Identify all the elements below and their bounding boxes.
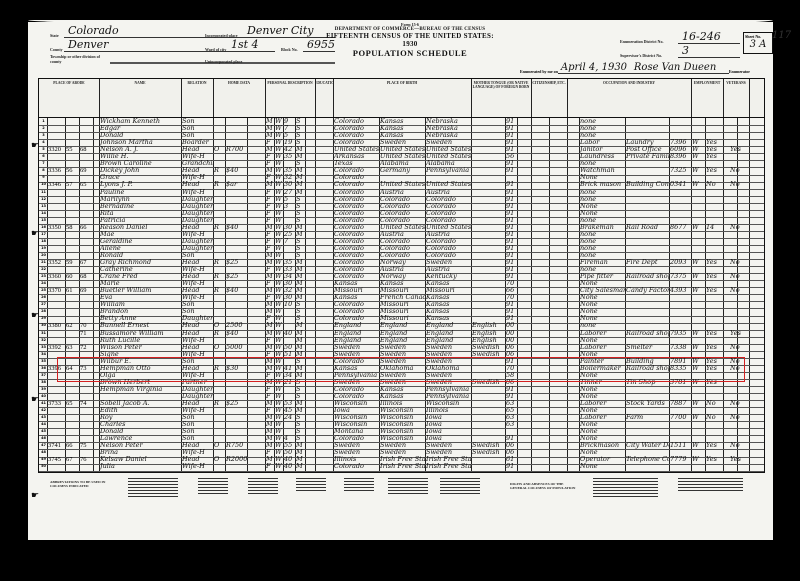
cell-birth: Colorado	[334, 224, 379, 231]
schedule-title: POPULATION SCHEDULE	[320, 48, 500, 58]
footer-block	[248, 478, 278, 496]
cell-birth: Colorado	[334, 189, 379, 196]
cell-industry: Smelter	[626, 344, 669, 351]
cell-work: Yes	[706, 379, 723, 386]
cell-family: 75	[80, 442, 93, 449]
cell-father-birth: Colorado	[380, 238, 425, 245]
cell-marital: M	[296, 231, 305, 238]
cell-line: 42	[40, 407, 47, 414]
cell-worker: W	[692, 259, 705, 266]
cell-name: Grace	[100, 174, 181, 181]
cell-father-birth: England	[380, 330, 425, 337]
cell-age: 45	[284, 407, 295, 414]
cell-name: Marie	[100, 280, 181, 287]
cell-name: Willie H.	[100, 153, 181, 160]
cell-tongue: English	[472, 330, 505, 337]
cell-marital: M	[296, 400, 305, 407]
cell-marital: M	[296, 372, 305, 379]
cell-race: W	[275, 372, 283, 379]
cell-mother-birth: Colorado	[426, 210, 471, 217]
cell-line: 27	[40, 301, 47, 308]
cell-name: Donald	[100, 132, 181, 139]
cell-code: 91	[506, 167, 517, 174]
cell-vet: No	[730, 414, 745, 421]
cell-occupation: None	[580, 407, 625, 414]
cell-family: 76	[80, 456, 93, 463]
cell-line: 22	[40, 266, 47, 273]
cell-work: Yes	[706, 344, 723, 351]
cell-tongue: Swedish	[472, 344, 505, 351]
cell-birth: Colorado	[334, 174, 379, 181]
cell-marital: M	[296, 463, 305, 470]
cell-line: 7	[40, 160, 47, 167]
cell-mother-birth: Irish Free State	[426, 456, 471, 463]
cell-marital: M	[296, 167, 305, 174]
cell-sex: M	[266, 181, 274, 188]
cell-age: 34	[284, 273, 295, 280]
footer-block	[440, 478, 480, 494]
cell-work: Yes	[706, 442, 723, 449]
cell-marital: S	[296, 196, 305, 203]
cell-street: 3336	[48, 167, 65, 174]
cell-birth: Sweden	[334, 344, 379, 351]
cell-marital: M	[296, 322, 305, 329]
cell-mother-birth: Kansas	[426, 301, 471, 308]
cell-value: $40	[226, 167, 247, 174]
cell-mother-birth: Nebraska	[426, 132, 471, 139]
cell-home: R	[214, 287, 225, 294]
cell-occupation: Laborer	[580, 344, 625, 351]
cell-street: 3360	[48, 273, 65, 280]
cell-industry: Candy Factory	[626, 287, 669, 294]
cell-father-birth: Wisconsin	[380, 414, 425, 421]
cell-name: Nelson A. J.	[100, 146, 181, 153]
cell-sex: F	[266, 372, 274, 379]
supervisor-district-label: Supervisor's District No.	[620, 53, 678, 58]
cell-line: 29	[40, 315, 47, 322]
cell-occupation: none	[580, 231, 625, 238]
cell-relation: Daughter	[182, 203, 213, 210]
cell-work: No	[706, 400, 723, 407]
cell-relation: Son	[182, 132, 213, 139]
cell-dwelling: 57	[66, 181, 79, 188]
cell-father-birth: Kansas	[380, 386, 425, 393]
cell-occupation: None	[580, 210, 625, 217]
cell-relation: Wife-H	[182, 280, 213, 287]
cell-occupation: None	[580, 203, 625, 210]
cell-occupation: None	[580, 463, 625, 470]
cell-occupation: None	[580, 315, 625, 322]
cell-birth: Colorado	[334, 266, 379, 273]
cell-industry: Railroad shop	[626, 273, 669, 280]
cell-code: 91	[506, 146, 517, 153]
cell-sex: F	[266, 189, 274, 196]
cell-mother-birth: Oklahoma	[426, 365, 471, 372]
cell-industry: Fire Dept	[626, 259, 669, 266]
header-place: Incorporated placeDenver City Ward of ci…	[205, 24, 335, 64]
cell-family: 71	[80, 330, 93, 337]
cell-value: $25	[226, 400, 247, 407]
cell-name: Kelsaw Daniel	[100, 456, 181, 463]
cell-name: Brina	[100, 449, 181, 456]
cell-code: 63	[506, 421, 517, 428]
cell-marital: M	[296, 442, 305, 449]
cell-value: $ar	[226, 181, 247, 188]
cell-mother-birth: United States	[426, 181, 471, 188]
cell-relation: Daughter	[182, 238, 213, 245]
cell-dwelling: 63	[66, 344, 79, 351]
cell-occupation: none	[580, 217, 625, 224]
cell-race: W	[275, 217, 283, 224]
cell-mother-birth: Nebraska	[426, 125, 471, 132]
supervisor-district-value: 3	[678, 45, 740, 58]
cell-occupation: None	[580, 421, 625, 428]
cell-line: 46	[40, 435, 47, 442]
cell-father-birth: Colorado	[380, 203, 425, 210]
cell-birth: Colorado	[334, 139, 379, 146]
cell-race: W	[275, 449, 283, 456]
cell-industry: Building Cont.	[626, 181, 669, 188]
cell-occupation: Fireman	[580, 259, 625, 266]
cell-relation: Head	[182, 146, 213, 153]
cell-name: Marilynn	[100, 196, 181, 203]
cell-father-birth: England	[380, 337, 425, 344]
cell-father-birth: Sweden	[380, 358, 425, 365]
cell-father-birth: Colorado	[380, 217, 425, 224]
cell-mother-birth: Austria	[426, 266, 471, 273]
cell-race: W	[275, 167, 283, 174]
cell-age: 27	[284, 189, 295, 196]
cell-race: W	[275, 386, 283, 393]
cell-race: W	[275, 210, 283, 217]
cell-race: W	[275, 463, 283, 470]
cell-marital: S	[296, 118, 305, 125]
cell-birth: Colorado	[334, 210, 379, 217]
cell-occupation: Laborer	[580, 414, 625, 421]
cell-marital: M	[296, 224, 305, 231]
cell-mother-birth: Kansas	[426, 280, 471, 287]
cell-line: 28	[40, 308, 47, 315]
cell-sex: M	[266, 435, 274, 442]
cell-race: W	[275, 266, 283, 273]
cell-occupation: Boilermaker	[580, 365, 625, 372]
col-group-citizenship: CITIZENSHIP, ETC.	[531, 79, 568, 117]
cell-relation: Son	[182, 118, 213, 125]
pointer-hand-icon: ☛	[31, 228, 39, 239]
cell-name: Roy	[100, 414, 181, 421]
cell-marital: M	[296, 259, 305, 266]
cell-relation: Son	[182, 358, 213, 365]
cell-vet: No	[730, 224, 745, 231]
cell-birth: Iowa	[334, 407, 379, 414]
cell-code: 91	[506, 393, 517, 400]
cell-race: W	[275, 153, 283, 160]
cell-birth: Texas	[334, 160, 379, 167]
cell-age: 55	[284, 442, 295, 449]
cell-age: 35	[284, 153, 295, 160]
cell-code: 91	[506, 238, 517, 245]
cell-family: 66	[80, 224, 93, 231]
cell-birth: Colorado	[334, 231, 379, 238]
cell-age: 51	[284, 351, 295, 358]
cell-value: $40	[226, 287, 247, 294]
cell-marital: S	[296, 301, 305, 308]
cell-name: Wickham Kenneth	[100, 118, 181, 125]
cell-race: W	[275, 308, 283, 315]
cell-father-birth: Missouri	[380, 301, 425, 308]
cell-home: R	[214, 181, 225, 188]
col-group-veterans: VETERANS	[723, 79, 750, 117]
cell-work: Yes	[706, 358, 723, 365]
cell-birth: Colorado	[334, 273, 379, 280]
cell-occupation: Laundress	[580, 153, 625, 160]
cell-sex: M	[266, 287, 274, 294]
cell-relation: Head	[182, 167, 213, 174]
cell-birth: Colorado	[334, 167, 379, 174]
cell-race: W	[275, 322, 283, 329]
cell-father-birth: Austria	[380, 266, 425, 273]
cell-marital: M	[296, 294, 305, 301]
cell-industry: Railroad shop	[626, 330, 669, 337]
cell-race: W	[275, 315, 283, 322]
cell-race: W	[275, 259, 283, 266]
cell-race: W	[275, 196, 283, 203]
cell-line: 50	[40, 463, 47, 470]
cell-marital: M	[296, 456, 305, 463]
cell-name: Hempman Virginia	[100, 386, 181, 393]
cell-dwelling: 67	[66, 456, 79, 463]
col-group-place-of-birth: PLACE OF BIRTH	[333, 79, 472, 117]
cell-worker: W	[692, 153, 705, 160]
cell-race: W	[275, 280, 283, 287]
cell-ind-code: 7396	[670, 139, 691, 146]
cell-relation: Wife-H	[182, 153, 213, 160]
cell-mother-birth: Pennsylvania	[426, 393, 471, 400]
cell-line: 43	[40, 414, 47, 421]
cell-code: 06	[506, 442, 517, 449]
cell-sex: F	[266, 386, 274, 393]
cell-occupation: Pipe fitter	[580, 273, 625, 280]
cell-code: 63	[506, 414, 517, 421]
cell-birth: Colorado	[334, 259, 379, 266]
cell-line: 2	[40, 125, 47, 132]
cell-street: 3346	[48, 181, 65, 188]
cell-line: 6	[40, 153, 47, 160]
cell-marital: M	[296, 365, 305, 372]
cell-line: 19	[40, 245, 47, 252]
cell-mother-birth: Sweden	[426, 259, 471, 266]
cell-marital: S	[296, 252, 305, 259]
cell-father-birth: Illinois	[380, 400, 425, 407]
cell-father-birth: Norway	[380, 273, 425, 280]
cell-code: 91	[506, 301, 517, 308]
cell-sex: M	[266, 125, 274, 132]
cell-birth: Colorado	[334, 125, 379, 132]
cell-occupation: None	[580, 280, 625, 287]
cell-age: 34	[284, 372, 295, 379]
cell-birth: Colorado	[334, 118, 379, 125]
cell-father-birth: Missouri	[380, 287, 425, 294]
cell-worker: W	[692, 379, 705, 386]
cell-birth: Colorado	[334, 463, 379, 470]
cell-code: 06	[506, 351, 517, 358]
cell-race: W	[275, 400, 283, 407]
cell-birth: Colorado	[334, 196, 379, 203]
cell-industry: Post Office	[626, 146, 669, 153]
cell-line: 16	[40, 224, 47, 231]
cell-name: Bunnell Ernest	[100, 322, 181, 329]
cell-relation: Wife-H	[182, 337, 213, 344]
cell-sex: M	[266, 322, 274, 329]
cell-sex: M	[266, 224, 274, 231]
cell-worker: W	[692, 456, 705, 463]
cell-marital: S	[296, 358, 305, 365]
cell-race: W	[275, 125, 283, 132]
cell-marital: M	[296, 337, 305, 344]
cell-sex: M	[266, 146, 274, 153]
cell-sex: F	[266, 449, 274, 456]
cell-race: W	[275, 379, 283, 386]
cell-line: 47	[40, 442, 47, 449]
pointer-hand-icon: ☛	[31, 394, 39, 405]
cell-father-birth: Missouri	[380, 315, 425, 322]
cell-line: 20	[40, 252, 47, 259]
cell-name: Lawrence	[100, 435, 181, 442]
cell-sex: M	[266, 421, 274, 428]
cell-work: Yes	[706, 287, 723, 294]
cell-father-birth: Colorado	[380, 210, 425, 217]
cell-dwelling: 59	[66, 259, 79, 266]
cell-relation: Daughter	[182, 217, 213, 224]
cell-marital: S	[296, 160, 305, 167]
cell-sex: F	[266, 203, 274, 210]
cell-name: Geraldine	[100, 238, 181, 245]
cell-code: 70	[506, 280, 517, 287]
cell-family: 68	[80, 146, 93, 153]
cell-marital: S	[296, 203, 305, 210]
cell-vet: No	[730, 287, 745, 294]
cell-age: 53	[284, 400, 295, 407]
cell-ind-code: 7891	[670, 358, 691, 365]
cell-mother-birth: Sweden	[426, 351, 471, 358]
cell-worker: W	[692, 224, 705, 231]
cell-birth: Kansas	[334, 365, 379, 372]
cell-race: W	[275, 174, 283, 181]
cell-tongue: Swedish	[472, 442, 505, 449]
cell-street: 3396	[48, 365, 65, 372]
footer-block	[296, 478, 326, 492]
cell-birth: Kansas	[334, 280, 379, 287]
cell-line: 9	[40, 174, 47, 181]
unincorporated-place-label: Unincorporated place	[205, 59, 265, 64]
cell-industry: Private Family	[626, 153, 669, 160]
cell-race: W	[275, 407, 283, 414]
cell-worker: W	[692, 287, 705, 294]
cell-mother-birth: Pennsylvania	[426, 386, 471, 393]
cell-industry: Farm	[626, 414, 669, 421]
cell-race: W	[275, 118, 283, 125]
cell-marital: M	[296, 351, 305, 358]
cell-worker: W	[692, 365, 705, 372]
cell-sex: F	[266, 196, 274, 203]
cell-code: 00	[506, 337, 517, 344]
cell-line: 13	[40, 203, 47, 210]
cell-name: Bernadine	[100, 203, 181, 210]
cell-street: 3392	[48, 344, 65, 351]
cell-line: 34	[40, 351, 47, 358]
cell-line: 48	[40, 449, 47, 456]
cell-race: W	[275, 181, 283, 188]
cell-father-birth: Sweden	[380, 449, 425, 456]
cell-marital: S	[296, 414, 305, 421]
cell-sex: F	[266, 238, 274, 245]
cell-name: Pauline	[100, 189, 181, 196]
cell-birth: Wisconsin	[334, 400, 379, 407]
column-headers: PLACE OF ABODE NAME RELATION HOME DATA P…	[39, 79, 764, 118]
cell-mother-birth: Missouri	[426, 287, 471, 294]
cell-relation: Daughter	[182, 386, 213, 393]
cell-relation: Wife-H	[182, 407, 213, 414]
ward-label: Ward of city	[205, 47, 227, 52]
cell-relation: Boarder	[182, 139, 213, 146]
cell-birth: Sweden	[334, 351, 379, 358]
enumerated-by-label: Enumerated by me on	[520, 69, 558, 74]
cell-relation: Daughter	[182, 210, 213, 217]
cell-race: W	[275, 252, 283, 259]
cell-mother-birth: Nebraska	[426, 118, 471, 125]
col-group-mother-tongue: MOTHER TONGUE (OR NATIVE LANGUAGE) OF FO…	[471, 79, 532, 117]
cell-birth: Colorado	[334, 217, 379, 224]
cell-race: W	[275, 245, 283, 252]
cell-name: Signe	[100, 351, 181, 358]
cell-mother-birth: Sweden	[426, 442, 471, 449]
cell-mother-birth: Iowa	[426, 414, 471, 421]
cell-occupation: Brakeman	[580, 224, 625, 231]
cell-father-birth: Wisconsin	[380, 428, 425, 435]
cell-sex: M	[266, 365, 274, 372]
cell-home: O	[214, 456, 225, 463]
cell-code: 91	[506, 181, 517, 188]
cell-code: 91	[506, 252, 517, 259]
cell-line: 17	[40, 231, 47, 238]
cell-line: 49	[40, 456, 47, 463]
cell-marital: M	[296, 189, 305, 196]
cell-value: $40	[226, 330, 247, 337]
cell-line: 39	[40, 386, 47, 393]
cell-father-birth: Colorado	[380, 196, 425, 203]
cell-name: Dickey John	[100, 167, 181, 174]
cell-birth: England	[334, 337, 379, 344]
cell-sex: F	[266, 210, 274, 217]
cell-value: 5000	[226, 344, 247, 351]
footer-block	[388, 478, 428, 494]
cell-mother-birth: Sweden	[426, 139, 471, 146]
cell-sex: F	[266, 315, 274, 322]
cell-occupation: Tinner	[580, 379, 625, 386]
cell-family: 68	[80, 273, 93, 280]
cell-father-birth: Oklahoma	[380, 365, 425, 372]
cell-mother-birth: Kansas	[426, 294, 471, 301]
cell-tongue: Swedish	[472, 351, 505, 358]
cell-vet: No	[730, 400, 745, 407]
cell-sex: F	[266, 337, 274, 344]
cell-mother-birth: United States	[426, 153, 471, 160]
cell-father-birth: United States	[380, 181, 425, 188]
cell-age: 40	[284, 463, 295, 470]
cell-name: Bussamore William	[100, 330, 181, 337]
cell-industry: Tin Shop	[626, 379, 669, 386]
cell-mother-birth: England	[426, 330, 471, 337]
